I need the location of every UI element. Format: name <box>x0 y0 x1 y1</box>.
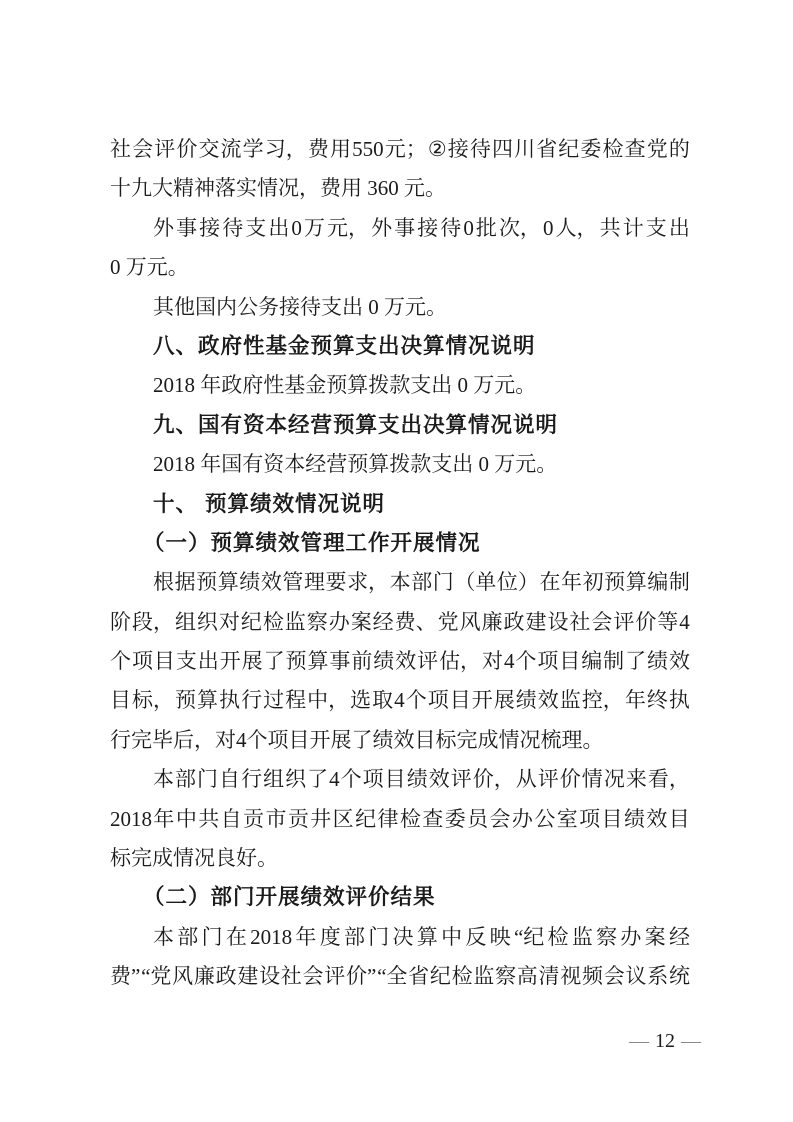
heading-subsection-two: （二）部门开展绩效评价结果 <box>110 878 690 917</box>
paragraph-line: 其他国内公务接待支出 0 万元。 <box>110 288 690 327</box>
heading-section-nine: 九、国有资本经营预算支出决算情况说明 <box>110 406 690 445</box>
heading-section-ten: 十、 预算绩效情况说明 <box>110 485 690 524</box>
paragraph-line: 标完成情况良好。 <box>110 839 690 878</box>
paragraph-line: 行完毕后，对4个项目开展了绩效目标完成情况梳理。 <box>110 721 690 760</box>
paragraph-line: 外事接待支出0万元，外事接待0批次，0人，共计支出 <box>110 209 690 248</box>
document-page: 社会评价交流学习，费用550元；②接待四川省纪委检查党的 十九大精神落实情况，费… <box>0 0 793 1122</box>
paragraph-line: 2018 年政府性基金预算拨款支出 0 万元。 <box>110 366 690 405</box>
paragraph-line: 个项目支出开展了预算事前绩效评估，对4个项目编制了绩效 <box>110 642 690 681</box>
paragraph-line: 阶段，组织对纪检监察办案经费、党风廉政建设社会评价等4 <box>110 603 690 642</box>
paragraph-line: 2018 年国有资本经营预算拨款支出 0 万元。 <box>110 445 690 484</box>
page-number: —12— <box>593 1026 737 1056</box>
paragraph-line: 0 万元。 <box>110 248 690 287</box>
paragraph-line: 社会评价交流学习，费用550元；②接待四川省纪委检查党的 <box>110 130 690 169</box>
paragraph-line: 2018年中共自贡市贡井区纪律检查委员会办公室项目绩效目 <box>110 800 690 839</box>
paragraph-line: 费”“党风廉政建设社会评价”“全省纪检监察高清视频会议系统 <box>110 957 690 996</box>
paragraph-line: 本部门在2018年度部门决算中反映“纪检监察办案经 <box>110 918 690 957</box>
paragraph-line: 根据预算绩效管理要求，本部门（单位）在年初预算编制 <box>110 563 690 602</box>
heading-section-eight: 八、政府性基金预算支出决算情况说明 <box>110 327 690 366</box>
page-number-dash-left: — <box>629 1030 649 1052</box>
heading-subsection-one: （一）预算绩效管理工作开展情况 <box>110 524 690 563</box>
page-number-value: 12 <box>655 1030 675 1052</box>
paragraph-line: 十九大精神落实情况，费用 360 元。 <box>110 169 690 208</box>
document-body: 社会评价交流学习，费用550元；②接待四川省纪委检查党的 十九大精神落实情况，费… <box>110 130 690 997</box>
paragraph-line: 本部门自行组织了4个项目绩效评价，从评价情况来看， <box>110 760 690 799</box>
paragraph-line: 目标，预算执行过程中，选取4个项目开展绩效监控，年终执 <box>110 681 690 720</box>
page-number-dash-right: — <box>681 1030 701 1052</box>
